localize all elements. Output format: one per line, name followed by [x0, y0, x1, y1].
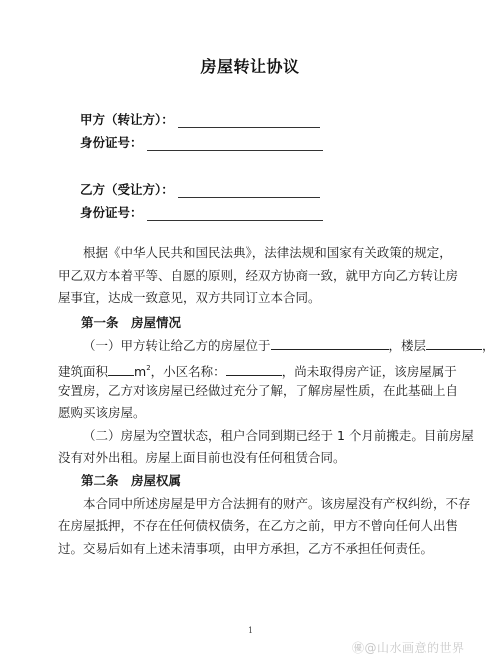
party-b-label: 乙方（受让方）： [80, 180, 174, 198]
floor-field[interactable] [426, 335, 482, 350]
party-a-name-field[interactable] [178, 115, 320, 128]
party-b-id-row: 身份证号： [80, 203, 323, 221]
clause-text: （一）甲方转让给乙方的房屋位于 [83, 338, 271, 353]
article-1: 第一条 房屋情况 （一）甲方转让给乙方的房屋位于，楼层， 建筑面积m2，小区名称… [58, 312, 478, 470]
party-b-name-field[interactable] [178, 185, 320, 198]
area-unit: m [134, 364, 146, 379]
article-2-line: 在房屋抵押，不存在任何债权债务，在乙方之前，甲方不曾向任何人出售 [58, 515, 478, 538]
party-a-id-field[interactable] [147, 138, 323, 151]
community-name-field[interactable] [226, 361, 282, 376]
clause-1-line: 愿购买该房屋。 [58, 402, 478, 425]
clause-text: ，尚未取得房产证，该房屋属于 [282, 364, 457, 379]
article-2-line: 本合同中所述房屋是甲方合法拥有的财产。该房屋没有产权纠纷，不存 [58, 493, 478, 516]
document-page: 房屋转让协议 甲方（转让方）： 身份证号： 乙方（受让方）： 身份证号： 根据《… [0, 0, 500, 667]
article-1-heading: 第一条 房屋情况 [58, 312, 478, 335]
clause-text: ，楼层 [389, 338, 427, 353]
party-b-id-field[interactable] [147, 208, 323, 221]
article-2-line: 过。交易后如有上述未清事项，由甲方承担，乙方不承担任何责任。 [58, 538, 478, 561]
clause-text: ，小区名称： [151, 364, 226, 379]
clause-1-line: 建筑面积m2，小区名称：，尚未取得房产证，该房屋属于 [58, 357, 478, 380]
document-title: 房屋转让协议 [0, 54, 500, 77]
location-field[interactable] [271, 335, 389, 350]
article-2-heading: 第二条 房屋权属 [58, 470, 478, 493]
clause-text: 建筑面积 [58, 364, 108, 379]
article-2: 第二条 房屋权属 本合同中所述房屋是甲方合法拥有的财产。该房屋没有产权纠纷，不存… [58, 470, 478, 560]
party-b-row: 乙方（受让方）： [80, 180, 320, 198]
watermark: ㊝@山水画意的世界 [352, 639, 465, 656]
party-a-id-row: 身份证号： [80, 133, 323, 151]
preamble-line: 屋事宜，达成一致意见，双方共同订立本合同。 [58, 287, 478, 310]
preamble-paragraph: 根据《中华人民共和国民法典》，法律法规和国家有关政策的规定， 甲乙双方本着平等、… [58, 242, 478, 310]
party-a-row: 甲方（转让方）： [80, 110, 320, 128]
party-b-id-label: 身份证号： [80, 203, 143, 221]
page-number: 1 [248, 626, 253, 635]
clause-1-line: （一）甲方转让给乙方的房屋位于，楼层， [58, 335, 478, 358]
preamble-line: 根据《中华人民共和国民法典》，法律法规和国家有关政策的规定， [58, 242, 478, 265]
clause-2-line: （二）房屋为空置状态，租户合同到期已经于 1 个月前搬走。目前房屋 [58, 425, 478, 448]
preamble-line: 甲乙双方本着平等、自愿的原则，经双方协商一致，就甲方向乙方转让房 [58, 265, 478, 288]
clause-1-line: 安置房，乙方对该房屋已经做过充分了解，了解房屋性质，在此基础上自 [58, 380, 478, 403]
party-a-label: 甲方（转让方）： [80, 110, 174, 128]
party-a-id-label: 身份证号： [80, 133, 143, 151]
clause-2-line: 没有对外出租。房屋上面目前也没有任何租赁合同。 [58, 447, 478, 470]
clause-text: ， [482, 338, 495, 353]
area-field[interactable] [108, 361, 134, 376]
